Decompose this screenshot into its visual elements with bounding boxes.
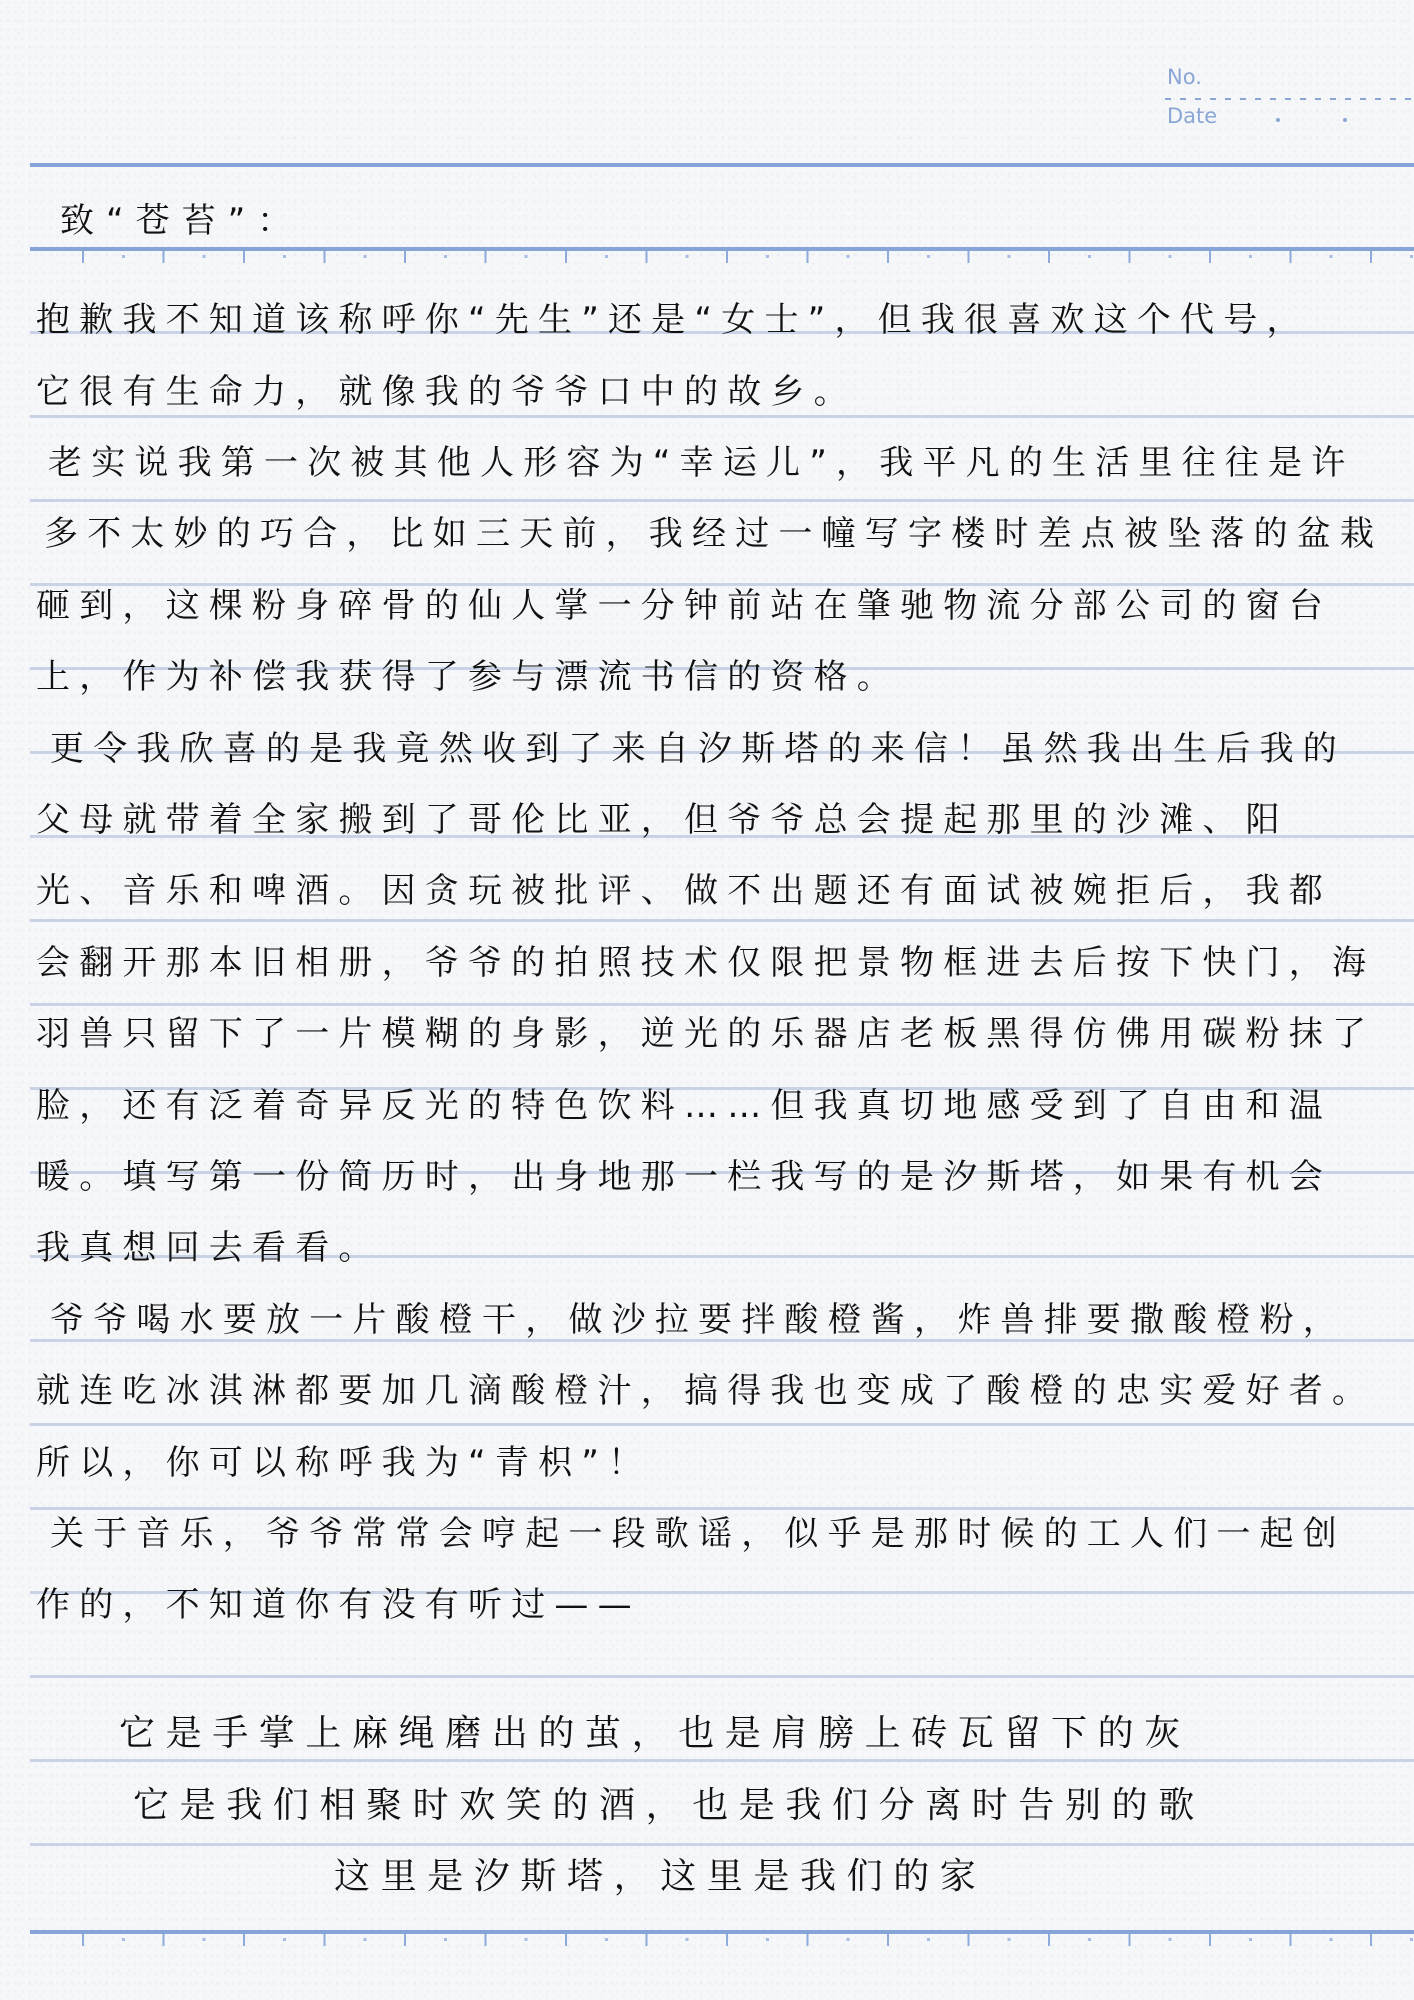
letter-line: 父母就带着全家搬到了哥伦比亚，但爷爷总会提起那里的沙滩、阳 bbox=[0, 785, 1414, 856]
letter-line: 砸到，这棵粉身碎骨的仙人掌一分钟前站在肇驰物流分部公司的窗台 bbox=[0, 571, 1414, 642]
letter-line: 暖。填写第一份简历时，出身地那一栏我写的是汐斯塔，如果有机会 bbox=[0, 1142, 1414, 1213]
date-separator-dot bbox=[1276, 118, 1280, 122]
letter-line: 作的，不知道你有没有听过—— bbox=[0, 1570, 1414, 1641]
header-ruler-dots bbox=[82, 255, 1414, 258]
letter-line: 老实说我第一次被其他人形容为“幸运儿”，我平凡的生活里往往是许 bbox=[0, 428, 1414, 499]
letter-line: 我真想回去看看。 bbox=[0, 1213, 1414, 1284]
letter-line: 爷爷喝水要放一片酸橙干，做沙拉要拌酸橙酱，炸兽排要撒酸橙粉， bbox=[0, 1285, 1414, 1356]
letter-line: 脸，还有泛着奇异反光的特色饮料……但我真切地感受到了自由和温 bbox=[0, 1071, 1414, 1142]
letter-line: 抱歉我不知道该称呼你“先生”还是“女士”，但我很喜欢这个代号， bbox=[0, 285, 1414, 356]
date-separator-dot bbox=[1343, 118, 1347, 122]
letter-line: 光、音乐和啤酒。因贪玩被批评、做不出题还有面试被婉拒后，我都 bbox=[0, 856, 1414, 927]
song-lyrics: 它是手掌上麻绳磨出的茧，也是肩膀上砖瓦留下的灰 它是我们相聚时欢笑的酒，也是我们… bbox=[0, 1698, 1414, 1912]
letter-line: 上，作为补偿我获得了参与漂流书信的资格。 bbox=[0, 642, 1414, 713]
letter-line: 更令我欣喜的是我竟然收到了来自汐斯塔的来信！虽然我出生后我的 bbox=[0, 714, 1414, 785]
letter-line: 它很有生命力，就像我的爷爷口中的故乡。 bbox=[0, 357, 1414, 428]
number-dashed-line bbox=[1165, 98, 1414, 100]
letter-line: 关于音乐，爷爷常常会哼起一段歌谣，似乎是那时候的工人们一起创 bbox=[0, 1499, 1414, 1570]
letter-line: 所以，你可以称呼我为“青枳”！ bbox=[0, 1428, 1414, 1499]
letter-line: 就连吃冰淇淋都要加几滴酸橙汁，搞得我也变成了酸橙的忠实爱好者。 bbox=[0, 1356, 1414, 1427]
no-label: No. bbox=[1167, 65, 1202, 89]
letter-body: 抱歉我不知道该称呼你“先生”还是“女士”，但我很喜欢这个代号， 它很有生命力，就… bbox=[0, 285, 1414, 1641]
date-label: Date bbox=[1167, 104, 1217, 128]
letter-line: 羽兽只留下了一片模糊的身影，逆光的乐器店老板黑得仿佛用碳粉抹了 bbox=[0, 999, 1414, 1070]
letter-line: 会翻开那本旧相册，爷爷的拍照技术仅限把景物框进去后按下快门，海 bbox=[0, 928, 1414, 999]
letter-line: 多不太妙的巧合，比如三天前，我经过一幢写字楼时差点被坠落的盆栽 bbox=[0, 499, 1414, 570]
salutation: 致“苍苔”： bbox=[60, 199, 303, 243]
footer-ruler-dots bbox=[82, 1938, 1414, 1941]
song-line: 它是我们相聚时欢笑的酒，也是我们分离时告别的歌 bbox=[0, 1770, 1414, 1841]
song-line: 这里是汐斯塔，这里是我们的家 bbox=[0, 1841, 1414, 1912]
top-rule-line bbox=[30, 163, 1414, 167]
song-line: 它是手掌上麻绳磨出的茧，也是肩膀上砖瓦留下的灰 bbox=[0, 1698, 1414, 1769]
